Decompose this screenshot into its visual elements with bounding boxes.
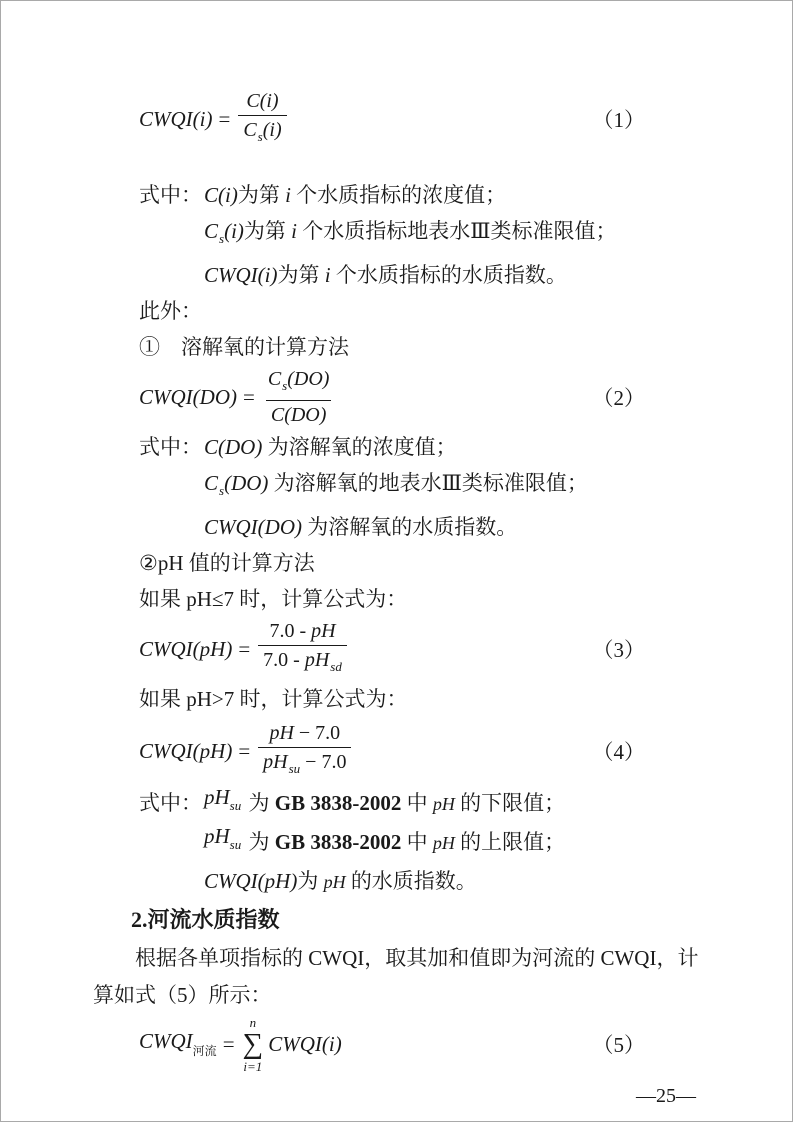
summation-lower-limit: i=1 bbox=[243, 1060, 262, 1073]
equation-number-2: （2） bbox=[593, 382, 646, 412]
equation-lhs: CWQI(DO) bbox=[139, 385, 237, 410]
equation-rhs: CWQI(i) bbox=[268, 1032, 341, 1057]
equation-1: CWQI(i) = C(i) Cs(i) （1） bbox=[139, 81, 700, 157]
equals-sign: = bbox=[238, 739, 250, 764]
summation-symbol: n ∑ i=1 bbox=[243, 1016, 264, 1073]
equals-sign: = bbox=[243, 385, 255, 410]
summation-upper-limit: n bbox=[250, 1016, 257, 1029]
equals-sign: = bbox=[238, 637, 250, 662]
explain-line: Cs(i)为第 i 个水质指标地表水Ⅲ类标准限值； bbox=[139, 213, 700, 257]
explain-block-2: 式中：C(DO) 为溶解氧的浓度值； Cs(DO) 为溶解氧的地表水Ⅲ类标准限值… bbox=[139, 429, 700, 545]
explain-text: C(DO) 为溶解氧的浓度值； bbox=[204, 435, 457, 459]
explain-line: CWQI(DO) 为溶解氧的水质指数。 bbox=[139, 509, 700, 545]
equation-lhs: CWQI河流 bbox=[139, 1029, 217, 1059]
equation-number-3: （3） bbox=[593, 634, 646, 664]
section-heading-river-wqi: 2.河流水质指数 bbox=[131, 900, 700, 940]
equation-lhs: CWQI(pH) bbox=[139, 739, 232, 764]
equation-5: CWQI河流 = n ∑ i=1 CWQI(i) （5） bbox=[139, 1014, 700, 1074]
fraction-numerator: pH − 7.0 bbox=[264, 720, 345, 747]
fraction-denominator: C(DO) bbox=[266, 400, 332, 428]
fraction-denominator: pHsu − 7.0 bbox=[258, 747, 351, 782]
fraction-numerator: C(i) bbox=[241, 88, 283, 115]
list-item-1-dissolved-oxygen: ① 溶解氧的计算方法 bbox=[139, 329, 700, 365]
explain-block-1: 式中：C(i)为第 i 个水质指标的浓度值； Cs(i)为第 i 个水质指标地表… bbox=[139, 177, 700, 293]
fraction: 7.0 - pH 7.0 - pHsd bbox=[258, 618, 347, 680]
shizhong-prefix: 式中： bbox=[139, 785, 204, 821]
explain-line: 式中：pHsu 为 GB 3838-2002 中 pH 的下限值； bbox=[139, 785, 700, 824]
explain-line: Cs(DO) 为溶解氧的地表水Ⅲ类标准限值； bbox=[139, 465, 700, 509]
equation-5-formula: CWQI河流 = n ∑ i=1 CWQI(i) bbox=[139, 1016, 342, 1073]
equation-4: CWQI(pH) = pH − 7.0 pHsu − 7.0 （4） bbox=[139, 717, 700, 785]
body-paragraph-line-1: 根据各单项指标的 CWQI，取其加和值即为河流的 CWQI，计 bbox=[93, 940, 700, 977]
equation-lhs: CWQI(pH) bbox=[139, 637, 232, 662]
fraction-denominator: Cs(i) bbox=[238, 115, 286, 150]
list-item-2-ph: ②pH 值的计算方法 bbox=[139, 545, 700, 581]
explain-text: pHsu 为 GB 3838-2002 中 pH 的下限值； bbox=[204, 791, 565, 815]
fraction-numerator: 7.0 - pH bbox=[264, 618, 340, 645]
equals-sign: = bbox=[223, 1032, 235, 1057]
fraction: C(i) Cs(i) bbox=[238, 88, 286, 150]
sigma-icon: ∑ bbox=[243, 1030, 264, 1059]
explain-line: pHsu 为 GB 3838-2002 中 pH 的上限值； bbox=[139, 824, 700, 863]
explain-line: CWQI(pH)为 pH 的水质指数。 bbox=[139, 863, 700, 900]
equals-sign: = bbox=[218, 107, 230, 132]
fraction: pH − 7.0 pHsu − 7.0 bbox=[258, 720, 351, 782]
equation-lhs: CWQI(i) bbox=[139, 107, 212, 132]
fraction-denominator: 7.0 - pHsd bbox=[258, 645, 347, 680]
equation-3-formula: CWQI(pH) = 7.0 - pH 7.0 - pHsd bbox=[139, 618, 349, 680]
fraction: Cs(DO) C(DO) bbox=[263, 366, 335, 428]
equation-number-4: （4） bbox=[593, 736, 646, 766]
condition-ph-gt-7: 如果 pH>7 时，计算公式为： bbox=[139, 681, 700, 717]
ciwai-label: 此外： bbox=[139, 293, 700, 329]
explain-line: CWQI(i)为第 i 个水质指标的水质指数。 bbox=[139, 257, 700, 293]
fraction-numerator: Cs(DO) bbox=[263, 366, 335, 400]
document-page: CWQI(i) = C(i) Cs(i) （1） 式中：C(i)为第 i 个水质… bbox=[0, 0, 793, 1122]
explain-line: 式中：C(DO) 为溶解氧的浓度值； bbox=[139, 429, 700, 465]
condition-ph-le-7: 如果 pH≤7 时，计算公式为： bbox=[139, 581, 700, 617]
equation-1-formula: CWQI(i) = C(i) Cs(i) bbox=[139, 88, 289, 150]
shizhong-prefix: 式中： bbox=[139, 429, 204, 465]
page-number: —25— bbox=[93, 1078, 696, 1114]
equation-2: CWQI(DO) = Cs(DO) C(DO) （2） bbox=[139, 365, 700, 429]
explain-line: 式中：C(i)为第 i 个水质指标的浓度值； bbox=[139, 177, 700, 213]
equation-3: CWQI(pH) = 7.0 - pH 7.0 - pHsd （3） bbox=[139, 617, 700, 681]
equation-4-formula: CWQI(pH) = pH − 7.0 pHsu − 7.0 bbox=[139, 720, 353, 782]
equation-2-formula: CWQI(DO) = Cs(DO) C(DO) bbox=[139, 366, 336, 428]
shizhong-prefix: 式中： bbox=[139, 177, 204, 213]
explain-block-3: 式中：pHsu 为 GB 3838-2002 中 pH 的下限值； pHsu 为… bbox=[139, 785, 700, 900]
equation-number-1: （1） bbox=[593, 104, 646, 134]
explain-text: C(i)为第 i 个水质指标的浓度值； bbox=[204, 183, 506, 207]
equation-number-5: （5） bbox=[593, 1029, 646, 1059]
body-paragraph-line-2: 算如式（5）所示： bbox=[93, 977, 700, 1014]
